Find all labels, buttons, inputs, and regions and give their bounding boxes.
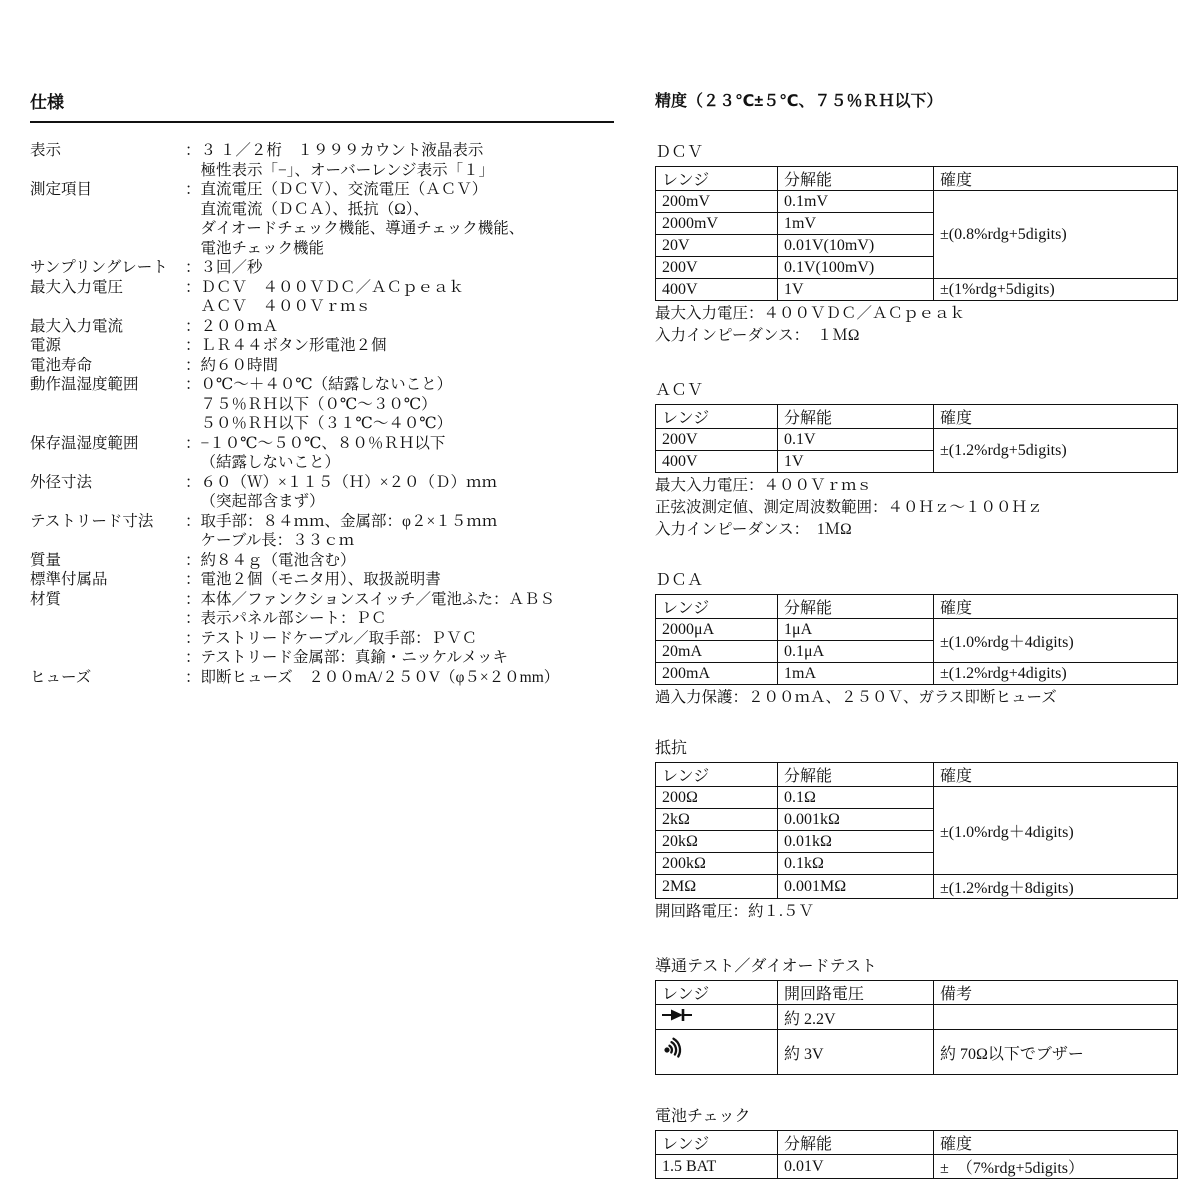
range-cell: 200Ω <box>656 787 778 809</box>
resolution-cell: 1V <box>778 451 934 473</box>
range-cell: 200kΩ <box>656 853 778 875</box>
range-cell: 200V <box>656 257 778 279</box>
spec-label: 最大入力電圧 <box>30 278 185 298</box>
spec-value-line: ：６０（Ｗ）×１１５（Ｈ）×２０（Ｄ）ｍｍ <box>185 473 614 493</box>
header-range: レンジ <box>656 405 778 429</box>
spec-row-materials: 材質 ：本体／ファンクションスイッチ／電池ふた：ＡＢＳ ：表示パネル部シート：Ｐ… <box>30 590 614 668</box>
dcv-table: レンジ 分解能 確度 200mV 0.1mV ±(0.8%rdg+5digits… <box>655 166 1178 301</box>
accuracy-column: 精度（２３℃±５℃、７５％ＲＨ以下） ＤＣＶ レンジ 分解能 確度 200mV … <box>655 88 1185 1181</box>
spec-label: 標準付属品 <box>30 570 185 590</box>
spec-row-sampling-rate: サンプリングレート ：３回／秒 <box>30 258 614 278</box>
header-resolution: 分解能 <box>778 763 934 787</box>
diode-icon <box>662 1008 698 1027</box>
spec-row-weight: 質量 ：約８４ｇ（電池含む） <box>30 551 614 571</box>
table-header-row: レンジ 分解能 確度 <box>656 405 1178 429</box>
spec-label: 保存温湿度範囲 <box>30 434 185 454</box>
spec-value-line: ：テストリードケーブル／取手部：ＰＶＣ <box>185 629 614 649</box>
resolution-cell: 0.001kΩ <box>778 809 934 831</box>
spec-row-max-input-voltage: 最大入力電圧 ：ＤＣＶ ４００ＶＤＣ／ＡＣｐｅａｋ ＡＣＶ ４００Ｖｒｍｓ <box>30 278 614 317</box>
range-cell: 1.5 BAT <box>656 1155 778 1179</box>
spec-value-line: ：ＤＣＶ ４００ＶＤＣ／ＡＣｐｅａｋ <box>185 278 614 298</box>
spec-value-line: ＡＣＶ ４００Ｖｒｍｓ <box>185 297 614 317</box>
spec-value-line: ：表示パネル部シート：ＰＣ <box>185 609 614 629</box>
resolution-cell: 0.01V(10mV) <box>778 235 934 257</box>
voltage-cell: 約 2.2V <box>778 1005 934 1030</box>
note-line: 正弦波測定値、測定周波数範囲：４０Ｈｚ〜１００Ｈｚ <box>655 497 1185 519</box>
resolution-cell: 0.001MΩ <box>778 875 934 899</box>
spec-value-line: ：−１０℃〜５０℃、８０％ＲＨ以下 <box>185 434 614 454</box>
resolution-cell: 0.1V(100mV) <box>778 257 934 279</box>
resolution-cell: 1mA <box>778 663 934 685</box>
header-accuracy: 確度 <box>934 1131 1178 1155</box>
range-cell: 2000μA <box>656 619 778 641</box>
header-open-circuit-voltage: 開回路電圧 <box>778 981 934 1005</box>
note-line: 過入力保護：２００ｍＡ、２５０Ｖ、ガラス即断ヒューズ <box>655 687 1185 709</box>
spec-value-line: ：０℃〜＋４０℃（結露しないこと） <box>185 375 614 395</box>
spec-row-display: 表示 ：３ １／２桁 １９９９カウント液晶表示 極性表示「−」、オーバーレンジ表… <box>30 141 614 180</box>
range-cell: 2000mV <box>656 213 778 235</box>
table-row: 200mV 0.1mV ±(0.8%rdg+5digits) <box>656 191 1178 213</box>
spec-list: 表示 ：３ １／２桁 １９９９カウント液晶表示 極性表示「−」、オーバーレンジ表… <box>30 141 614 687</box>
spec-value-line: ：本体／ファンクションスイッチ／電池ふた：ＡＢＳ <box>185 590 614 610</box>
resolution-cell: 0.1kΩ <box>778 853 934 875</box>
header-range: レンジ <box>656 981 778 1005</box>
header-accuracy: 確度 <box>934 167 1178 191</box>
spec-value-line: ５０％ＲＨ以下（３１℃〜４０℃） <box>185 414 614 434</box>
header-range: レンジ <box>656 595 778 619</box>
note-line: 最大入力電圧：４００ＶＤＣ／ＡＣｐｅａｋ <box>655 303 1185 325</box>
spec-value-line: （結露しないこと） <box>185 453 614 473</box>
table-row: 200Ω 0.1Ω ±(1.0%rdg＋4digits) <box>656 787 1178 809</box>
range-cell: 2kΩ <box>656 809 778 831</box>
note-line: 入力インピーダンス： １ＭΩ <box>655 325 1185 347</box>
battery-table: レンジ 分解能 確度 1.5 BAT 0.01V ± （7%rdg+5digit… <box>655 1130 1178 1179</box>
accuracy-cell: ±(1.2%rdg＋8digits) <box>934 875 1178 899</box>
table-header-row: レンジ 開回路電圧 備考 <box>656 981 1178 1005</box>
resolution-cell: 1μA <box>778 619 934 641</box>
remarks-cell: 約 70Ω以下でブザー <box>934 1030 1178 1075</box>
table-row: 2000μA 1μA ±(1.0%rdg＋4digits) <box>656 619 1178 641</box>
dca-table: レンジ 分解能 確度 2000μA 1μA ±(1.0%rdg＋4digits)… <box>655 594 1178 685</box>
range-cell: 400V <box>656 451 778 473</box>
spec-label: テストリード寸法 <box>30 512 185 532</box>
header-resolution: 分解能 <box>778 595 934 619</box>
spec-value-line: ダイオードチェック機能、導通チェック機能、 <box>185 219 614 239</box>
resolution-cell: 0.1V <box>778 429 934 451</box>
spec-value-line: ：取手部：８４ｍｍ、金属部：φ２×１５ｍｍ <box>185 512 614 532</box>
note-line: 開回路電圧：約１.５Ｖ <box>655 901 1185 923</box>
header-range: レンジ <box>656 167 778 191</box>
spec-value-line: ：ＬＲ４４ボタン形電池２個 <box>185 336 614 356</box>
section-resistance: 抵抗 レンジ 分解能 確度 200Ω 0.1Ω ±(1.0%rdg＋4digit… <box>655 735 1185 923</box>
spec-label: 材質 <box>30 590 185 610</box>
header-accuracy: 確度 <box>934 405 1178 429</box>
spec-value-line: ケーブル長：３３ｃｍ <box>185 531 614 551</box>
header-accuracy: 確度 <box>934 595 1178 619</box>
spec-label: 電池寿命 <box>30 356 185 376</box>
range-cell: 400V <box>656 279 778 301</box>
section-title-battery-check: 電池チェック <box>655 1103 1185 1126</box>
resistance-table: レンジ 分解能 確度 200Ω 0.1Ω ±(1.0%rdg＋4digits) … <box>655 762 1178 899</box>
spec-value-line: ：電池２個（モニタ用）、取扱説明書 <box>185 570 614 590</box>
spec-row-dimensions: 外径寸法 ：６０（Ｗ）×１１５（Ｈ）×２０（Ｄ）ｍｍ （突起部含まず） <box>30 473 614 512</box>
range-cell: 200V <box>656 429 778 451</box>
range-cell: 2MΩ <box>656 875 778 899</box>
spec-value-line: ：３回／秒 <box>185 258 614 278</box>
header-range: レンジ <box>656 1131 778 1155</box>
remarks-cell <box>934 1005 1178 1030</box>
spec-value-line: 直流電流（ＤＣＡ）、抵抗（Ω）、 <box>185 200 614 220</box>
resolution-cell: 1mV <box>778 213 934 235</box>
header-range: レンジ <box>656 763 778 787</box>
spec-value-line: ：即断ヒューズ ２００mA/２５０V（φ５×２０mm） <box>185 668 614 688</box>
header-resolution: 分解能 <box>778 1131 934 1155</box>
spec-value-line: ：直流電圧（ＤＣＶ）、交流電圧（ＡＣＶ） <box>185 180 614 200</box>
table-header-row: レンジ 分解能 確度 <box>656 595 1178 619</box>
table-header-row: レンジ 分解能 確度 <box>656 763 1178 787</box>
section-dca: ＤＣＡ レンジ 分解能 確度 2000μA 1μA ±(1.0%rdg＋4dig… <box>655 567 1185 709</box>
range-cell: 200mA <box>656 663 778 685</box>
note-line: 最大入力電圧：４００Ｖｒｍｓ <box>655 475 1185 497</box>
resolution-cell: 0.1mV <box>778 191 934 213</box>
section-title-dcv: ＤＣＶ <box>655 139 1185 162</box>
buzzer-icon <box>662 1035 690 1070</box>
header-resolution: 分解能 <box>778 405 934 429</box>
section-continuity-diode: 導通テスト／ダイオードテスト レンジ 開回路電圧 備考 <box>655 953 1185 1075</box>
resolution-cell: 1V <box>778 279 934 301</box>
accuracy-cell-merged: ±(1.0%rdg＋4digits) <box>934 787 1178 875</box>
table-row: 400V 1V ±(1%rdg+5digits) <box>656 279 1178 301</box>
spec-row-battery-life: 電池寿命 ：約６０時間 <box>30 356 614 376</box>
spec-label: ヒューズ <box>30 668 185 688</box>
header-resolution: 分解能 <box>778 167 934 191</box>
spec-label: サンプリングレート <box>30 258 185 278</box>
spec-value-line: ：３ １／２桁 １９９９カウント液晶表示 <box>185 141 614 161</box>
table-row: 1.5 BAT 0.01V ± （7%rdg+5digits） <box>656 1155 1178 1179</box>
resolution-cell: 0.01kΩ <box>778 831 934 853</box>
accuracy-cell: ±(1%rdg+5digits) <box>934 279 1178 301</box>
spec-value-line: ：約６０時間 <box>185 356 614 376</box>
section-title-acv: ＡＣＶ <box>655 377 1185 400</box>
spec-row-measurement-items: 測定項目 ：直流電圧（ＤＣＶ）、交流電圧（ＡＣＶ） 直流電流（ＤＣＡ）、抵抗（Ω… <box>30 180 614 258</box>
acv-table: レンジ 分解能 確度 200V 0.1V ±(1.2%rdg+5digits) … <box>655 404 1178 473</box>
spec-value-line: ：２００ｍＡ <box>185 317 614 337</box>
spec-column: 仕様 表示 ：３ １／２桁 １９９９カウント液晶表示 極性表示「−」、オーバーレ… <box>30 88 614 687</box>
spec-row-test-lead-dimensions: テストリード寸法 ：取手部：８４ｍｍ、金属部：φ２×１５ｍｍ ケーブル長：３３ｃ… <box>30 512 614 551</box>
range-cell: 20V <box>656 235 778 257</box>
range-cell <box>656 1005 778 1030</box>
spec-label: 最大入力電流 <box>30 317 185 337</box>
header-accuracy: 確度 <box>934 763 1178 787</box>
spec-label: 電源 <box>30 336 185 356</box>
table-row: 約 3V 約 70Ω以下でブザー <box>656 1030 1178 1075</box>
spec-value-line: 電池チェック機能 <box>185 239 614 259</box>
spec-value-line: ：テストリード金属部：真鍮・ニッケルメッキ <box>185 648 614 668</box>
spec-value-line: ：約８４ｇ（電池含む） <box>185 551 614 571</box>
section-title-resistance: 抵抗 <box>655 735 1185 758</box>
resolution-cell: 0.01V <box>778 1155 934 1179</box>
voltage-cell: 約 3V <box>778 1030 934 1075</box>
range-cell: 200mV <box>656 191 778 213</box>
accuracy-cell: ± （7%rdg+5digits） <box>934 1155 1178 1179</box>
accuracy-cell-merged: ±(1.0%rdg＋4digits) <box>934 619 1178 663</box>
accuracy-cell-merged: ±(0.8%rdg+5digits) <box>934 191 1178 279</box>
table-row: 2MΩ 0.001MΩ ±(1.2%rdg＋8digits) <box>656 875 1178 899</box>
section-acv: ＡＣＶ レンジ 分解能 確度 200V 0.1V ±(1.2%rdg+5digi… <box>655 377 1185 541</box>
spec-label: 質量 <box>30 551 185 571</box>
spec-row-max-input-current: 最大入力電流 ：２００ｍＡ <box>30 317 614 337</box>
spec-row-fuse: ヒューズ ：即断ヒューズ ２００mA/２５０V（φ５×２０mm） <box>30 668 614 688</box>
section-title-dca: ＤＣＡ <box>655 567 1185 590</box>
spec-row-power-source: 電源 ：ＬＲ４４ボタン形電池２個 <box>30 336 614 356</box>
table-header-row: レンジ 分解能 確度 <box>656 167 1178 191</box>
table-row: 200mA 1mA ±(1.2%rdg+4digits) <box>656 663 1178 685</box>
spec-value-line: ７５％ＲＨ以下（０℃〜３０℃） <box>185 395 614 415</box>
continuity-table: レンジ 開回路電圧 備考 約 2.2V <box>655 980 1178 1075</box>
resolution-cell: 0.1Ω <box>778 787 934 809</box>
spec-row-storage-temp-humidity: 保存温湿度範囲 ：−１０℃〜５０℃、８０％ＲＨ以下 （結露しないこと） <box>30 434 614 473</box>
spec-label: 表示 <box>30 141 185 161</box>
accuracy-heading: 精度（２３℃±５℃、７５％ＲＨ以下） <box>655 88 1185 111</box>
spec-value-line: 極性表示「−」、オーバーレンジ表示「１」 <box>185 161 614 181</box>
spec-row-operating-temp-humidity: 動作温湿度範囲 ：０℃〜＋４０℃（結露しないこと） ７５％ＲＨ以下（０℃〜３０℃… <box>30 375 614 434</box>
section-dcv: ＤＣＶ レンジ 分解能 確度 200mV 0.1mV ±(0.8%rdg+5di… <box>655 139 1185 347</box>
section-battery-check: 電池チェック レンジ 分解能 確度 1.5 BAT 0.01V ± （7%rdg… <box>655 1103 1185 1179</box>
range-cell: 20kΩ <box>656 831 778 853</box>
resolution-cell: 0.1μA <box>778 641 934 663</box>
accuracy-cell-merged: ±(1.2%rdg+5digits) <box>934 429 1178 473</box>
table-row: 200V 0.1V ±(1.2%rdg+5digits) <box>656 429 1178 451</box>
spec-label: 動作温湿度範囲 <box>30 375 185 395</box>
spec-label: 測定項目 <box>30 180 185 200</box>
table-row: 約 2.2V <box>656 1005 1178 1030</box>
note-line: 入力インピーダンス： 1ＭΩ <box>655 519 1185 541</box>
spec-label: 外径寸法 <box>30 473 185 493</box>
table-header-row: レンジ 分解能 確度 <box>656 1131 1178 1155</box>
range-cell <box>656 1030 778 1075</box>
range-cell: 20mA <box>656 641 778 663</box>
spec-heading: 仕様 <box>30 88 614 123</box>
section-title-continuity-diode: 導通テスト／ダイオードテスト <box>655 953 1185 976</box>
spec-row-accessories: 標準付属品 ：電池２個（モニタ用）、取扱説明書 <box>30 570 614 590</box>
spec-value-line: （突起部含まず） <box>185 492 614 512</box>
accuracy-cell: ±(1.2%rdg+4digits) <box>934 663 1178 685</box>
header-remarks: 備考 <box>934 981 1178 1005</box>
